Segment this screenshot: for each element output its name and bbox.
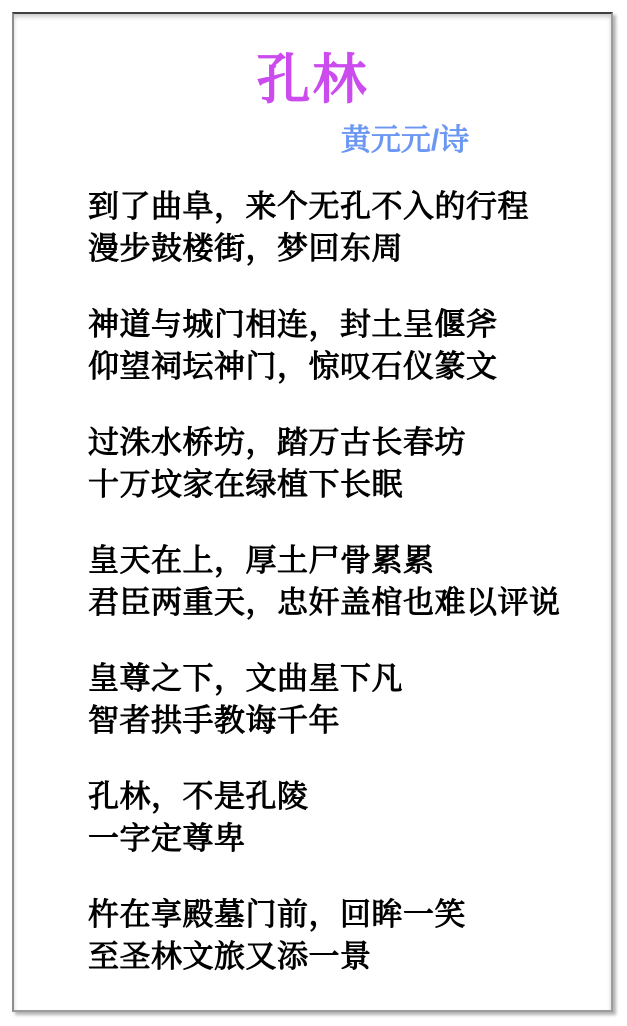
poem-stanza: 杵在享殿墓门前，回眸一笑 至圣林文旅又添一景 [88, 894, 591, 978]
poem-stanza: 到了曲阜，来个无孔不入的行程 漫步鼓楼街，梦回东周 [88, 186, 591, 270]
poem-byline: 黄元元/诗 [14, 108, 611, 157]
poem-stanza: 过洙水桥坊，踏万古长春坊 十万坟家在绿植下长眠 [88, 422, 591, 506]
page-frame: 孔林 黄元元/诗 到了曲阜，来个无孔不入的行程 漫步鼓楼街，梦回东周 神道与城门… [12, 12, 613, 1012]
poem-line: 至圣林文旅又添一景 [88, 936, 591, 978]
poem-line: 漫步鼓楼街，梦回东周 [88, 228, 591, 270]
poem-stanza: 皇天在上，厚土尸骨累累 君臣两重天，忠奸盖棺也难以评说 [88, 540, 591, 624]
poem-line: 君臣两重天，忠奸盖棺也难以评说 [88, 582, 591, 624]
poem-title: 孔林 [14, 14, 611, 108]
poem-stanza: 皇尊之下，文曲星下凡 智者拱手教诲千年 [88, 658, 591, 742]
poem-line: 到了曲阜，来个无孔不入的行程 [88, 186, 591, 228]
poem-body: 到了曲阜，来个无孔不入的行程 漫步鼓楼街，梦回东周 神道与城门相连，封土呈偃斧 … [14, 157, 611, 978]
poem-line: 皇尊之下，文曲星下凡 [88, 658, 591, 700]
poem-line: 十万坟家在绿植下长眠 [88, 464, 591, 506]
poem-line: 仰望祠坛神门，惊叹石仪篆文 [88, 346, 591, 388]
poem-line: 杵在享殿墓门前，回眸一笑 [88, 894, 591, 936]
poem-stanza: 神道与城门相连，封土呈偃斧 仰望祠坛神门，惊叹石仪篆文 [88, 304, 591, 388]
poem-line: 皇天在上，厚土尸骨累累 [88, 540, 591, 582]
poem-stanza: 孔林，不是孔陵 一字定尊卑 [88, 776, 591, 860]
poem-line: 孔林，不是孔陵 [88, 776, 591, 818]
poem-line: 智者拱手教诲千年 [88, 700, 591, 742]
poem-line: 过洙水桥坊，踏万古长春坊 [88, 422, 591, 464]
poem-line: 神道与城门相连，封土呈偃斧 [88, 304, 591, 346]
poem-line: 一字定尊卑 [88, 818, 591, 860]
